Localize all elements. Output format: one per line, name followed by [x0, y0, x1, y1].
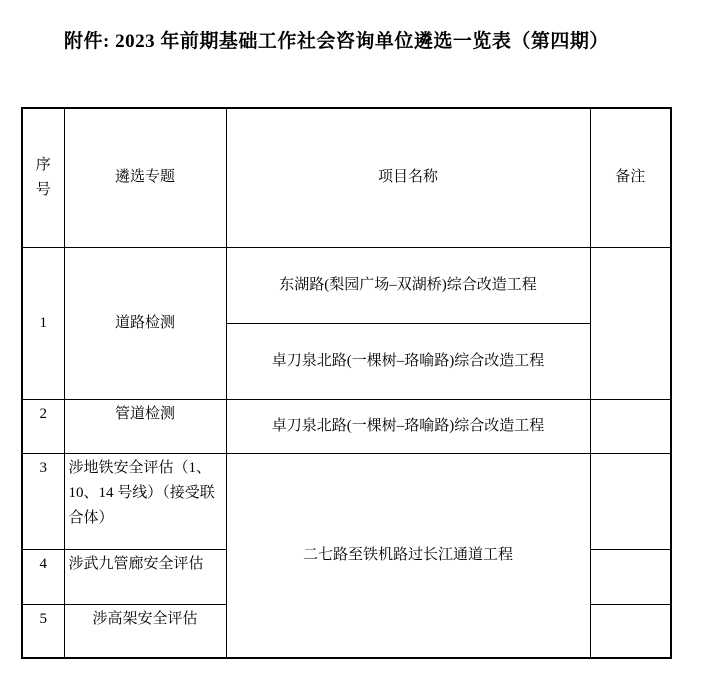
- cell-no-3: 3: [22, 453, 64, 549]
- attachment-title: 附件: 2023 年前期基础工作社会咨询单位遴选一览表（第四期）: [64, 26, 609, 53]
- cell-topic-4: 涉武九管廊安全评估: [64, 549, 226, 604]
- table-row-3: 3 涉地铁安全评估（1、10、14 号线）（接受联合体） 二七路至铁机路过长江通…: [22, 453, 671, 549]
- cell-remark-5: [590, 604, 671, 658]
- table-row-2: 2 管道检测 卓刀泉北路(一棵树–珞喻路)综合改造工程: [22, 399, 671, 453]
- cell-topic-3: 涉地铁安全评估（1、10、14 号线）（接受联合体）: [64, 453, 226, 549]
- cell-project-2: 卓刀泉北路(一棵树–珞喻路)综合改造工程: [226, 399, 590, 453]
- header-cell-project: 项目名称: [226, 108, 590, 247]
- cell-remark-3: [590, 453, 671, 549]
- header-cell-no: 序号: [22, 108, 64, 247]
- header-no-label: 序号: [35, 153, 51, 203]
- cell-topic-2: 管道检测: [64, 399, 226, 453]
- selection-table: 序号 遴选专题 项目名称 备注 1 道路检测 东湖路(梨园广场–双湖桥)综合改造…: [21, 107, 672, 659]
- cell-no-5: 5: [22, 604, 64, 658]
- cell-no-2: 2: [22, 399, 64, 453]
- header-cell-remark: 备注: [590, 108, 671, 247]
- cell-no-1: 1: [22, 247, 64, 399]
- cell-remark-4: [590, 549, 671, 604]
- cell-project-1b: 卓刀泉北路(一棵树–珞喻路)综合改造工程: [226, 323, 590, 399]
- cell-remark-2: [590, 399, 671, 453]
- header-cell-topic: 遴选专题: [64, 108, 226, 247]
- cell-project-1a: 东湖路(梨园广场–双湖桥)综合改造工程: [226, 247, 590, 323]
- cell-project-3: 二七路至铁机路过长江通道工程: [226, 453, 590, 658]
- header-row: 序号 遴选专题 项目名称 备注: [22, 108, 671, 247]
- cell-no-4: 4: [22, 549, 64, 604]
- table-row-1a: 1 道路检测 东湖路(梨园广场–双湖桥)综合改造工程: [22, 247, 671, 323]
- cell-remark-1: [590, 247, 671, 399]
- cell-topic-1: 道路检测: [64, 247, 226, 399]
- cell-topic-5: 涉高架安全评估: [64, 604, 226, 658]
